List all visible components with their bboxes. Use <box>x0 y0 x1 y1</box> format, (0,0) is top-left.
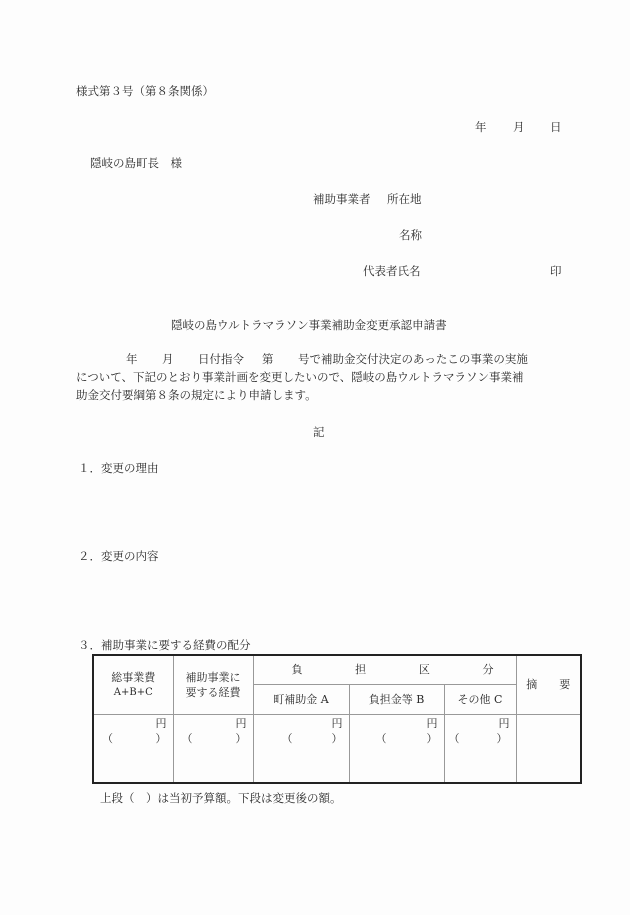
cell-share[interactable]: 円 （） <box>349 714 444 783</box>
header-share: 負担金等 B <box>349 684 444 714</box>
body-year: 年 <box>126 352 138 366</box>
burden-char-1: 負 <box>292 662 303 677</box>
burden-char-4: 分 <box>482 662 493 677</box>
date-month: 月 <box>513 120 525 134</box>
paren-close: ） <box>427 731 438 746</box>
section-content: ２．変更の内容 <box>78 549 159 563</box>
date-day: 日 <box>550 120 562 134</box>
yen-unit: 円 <box>427 716 438 731</box>
paren-close: ） <box>236 731 247 746</box>
paren-open: （ <box>449 731 460 746</box>
header-other: その他 C <box>444 684 516 714</box>
document-title: 隠岐の島ウルトラマラソン事業補助金変更承認申請書 <box>171 318 447 332</box>
form-number: 様式第３号（第８条関係） <box>76 84 214 98</box>
body-day-order: 日付指令 <box>198 352 244 366</box>
table-footnote: 上段（ ）は当初予算額。下段は変更後の額。 <box>100 791 342 805</box>
paren-open: （ <box>282 731 293 746</box>
cell-total[interactable]: 円 （） <box>93 714 173 783</box>
section-allocation: ３．補助事業に要する経費の配分 <box>78 638 251 652</box>
body-line1-rest: 号で補助金交付決定のあったこの事業の実施 <box>298 352 528 366</box>
expense-allocation-table: 総事業費 A+B+C 補助事業に 要する経費 負 担 区 分 摘 要 町補助金 … <box>92 654 582 784</box>
header-remarks: 摘 要 <box>516 655 581 714</box>
cell-remarks[interactable] <box>516 714 581 783</box>
section-reason: １．変更の理由 <box>78 461 159 475</box>
yen-unit: 円 <box>236 716 247 731</box>
header-total-label: 総事業費 <box>94 670 173 685</box>
header-subsidy-expense: 補助事業に 要する経費 <box>173 655 253 714</box>
addressee: 隠岐の島町長 様 <box>90 156 182 170</box>
yen-unit: 円 <box>499 716 510 731</box>
ki-heading: 記 <box>313 425 325 439</box>
applicant-label: 補助事業者 <box>313 192 371 206</box>
header-town-subsidy: 町補助金 A <box>253 684 349 714</box>
paren-close: ） <box>156 731 167 746</box>
yen-unit: 円 <box>156 716 167 731</box>
body-line2: について、下記のとおり事業計画を変更したいので、隠岐の島ウルトラマラソン事業補 <box>76 370 523 384</box>
body-no: 第 <box>262 352 274 366</box>
cell-town-subsidy[interactable]: 円 （） <box>253 714 349 783</box>
paren-open: （ <box>102 731 113 746</box>
date-year: 年 <box>475 120 487 134</box>
yen-unit: 円 <box>332 716 343 731</box>
header-burden-category: 負 担 区 分 <box>253 655 516 684</box>
burden-char-3: 区 <box>419 662 430 677</box>
burden-char-2: 担 <box>355 662 366 677</box>
header-subsidy-line1: 補助事業に <box>174 670 253 685</box>
body-month: 月 <box>162 352 174 366</box>
header-total: 総事業費 A+B+C <box>93 655 173 714</box>
address-label: 所在地 <box>387 192 422 206</box>
body-line3: 助金交付要綱第８条の規定により申請します。 <box>76 388 317 402</box>
paren-close: ） <box>497 731 508 746</box>
seal-mark: 印 <box>550 264 562 278</box>
paren-open: （ <box>182 731 193 746</box>
paren-close: ） <box>332 731 343 746</box>
cell-subsidy-expense[interactable]: 円 （） <box>173 714 253 783</box>
representative-label: 代表者氏名 <box>363 264 421 278</box>
header-total-formula: A+B+C <box>94 685 173 700</box>
name-label: 名称 <box>399 228 422 242</box>
paren-open: （ <box>376 731 387 746</box>
header-subsidy-line2: 要する経費 <box>174 685 253 700</box>
cell-other[interactable]: 円 （） <box>444 714 516 783</box>
